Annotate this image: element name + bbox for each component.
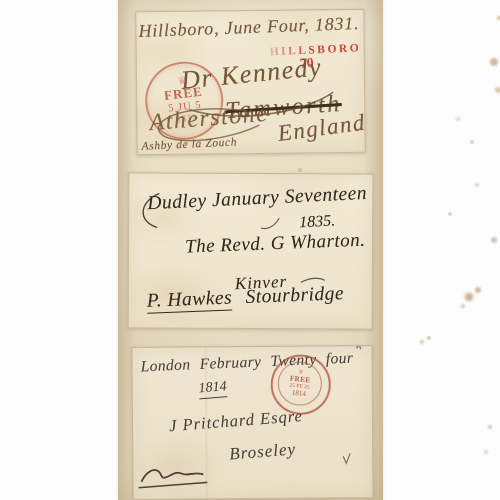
crown-icon: ♛ [177,76,187,87]
cover1-addressee: Dr Kennedy [180,54,323,94]
cover3-destination: Broseley [229,440,297,462]
cover2-pen-flourishes [129,173,373,328]
cover1-crossed-destination: Tamworth [225,92,343,123]
cover1-pen-flourishes [136,10,364,154]
free-stamp-year: 1814 [291,389,306,398]
cover-hillsboro-1831: Hillsboro, June Four, 1831. HILLSBORO 70… [135,9,365,155]
free-stamp-date: 5 JU 5 [168,99,203,115]
cover-dudley-1835: Dudley January Seventeen 1835. The Revd.… [128,172,374,329]
cover1-rate-mark: 70 [299,57,314,72]
cover3-addressee: J Pritchard Esqre [169,408,304,435]
cover3-year: 1814 [198,380,227,399]
free-stamp-date: 25 FE 25 [289,382,310,390]
cover2-village: Kinver [234,273,287,292]
cover1-free-frank-stamp: ♛ FREE 5 JU 5 1832 [141,57,227,143]
cover2-dateline: Dudley January Seventeen [147,184,368,214]
cover1-dateline: Hillsboro, June Four, 1831. [138,14,359,40]
cover2-year: 1835. [299,214,336,232]
cover-london-1814: London February Twenty four 1814 ♛ FREE … [131,345,373,500]
foxing-spots [118,0,122,4]
cover3-dateline: London February Twenty four [140,351,353,375]
cover3-free-frank-inner-circle: ♛ FREE 25 FE 25 1814 [276,360,324,408]
cover2-frank-signature: P. Hawkes [146,287,232,313]
cover1-redirect-town: Ashby de la Zouch [141,137,237,153]
free-stamp-word: FREE [290,374,311,384]
cover2-frank-line: P. Hawkes Stourbridge [146,284,344,311]
cover1-country: England [276,111,367,145]
cover1-redirection: Atherstone [149,102,270,135]
cover3-franking-signature-scrawl [132,346,372,499]
free-stamp-year: 1832 [176,112,197,126]
cover3-free-frank-stamp: ♛ FREE 25 FE 25 1814 [268,352,334,418]
free-stamp-word: FREE [163,84,203,103]
photo-of-postal-covers: Hillsboro, June Four, 1831. HILLSBORO 70… [0,0,500,500]
crown-icon: ♛ [298,369,304,375]
cover1-town-stamp: HILLSBORO [269,43,361,59]
cover2-addressee: The Revd. G Wharton. [185,231,366,257]
cover2-destination: Stourbridge [245,283,344,308]
